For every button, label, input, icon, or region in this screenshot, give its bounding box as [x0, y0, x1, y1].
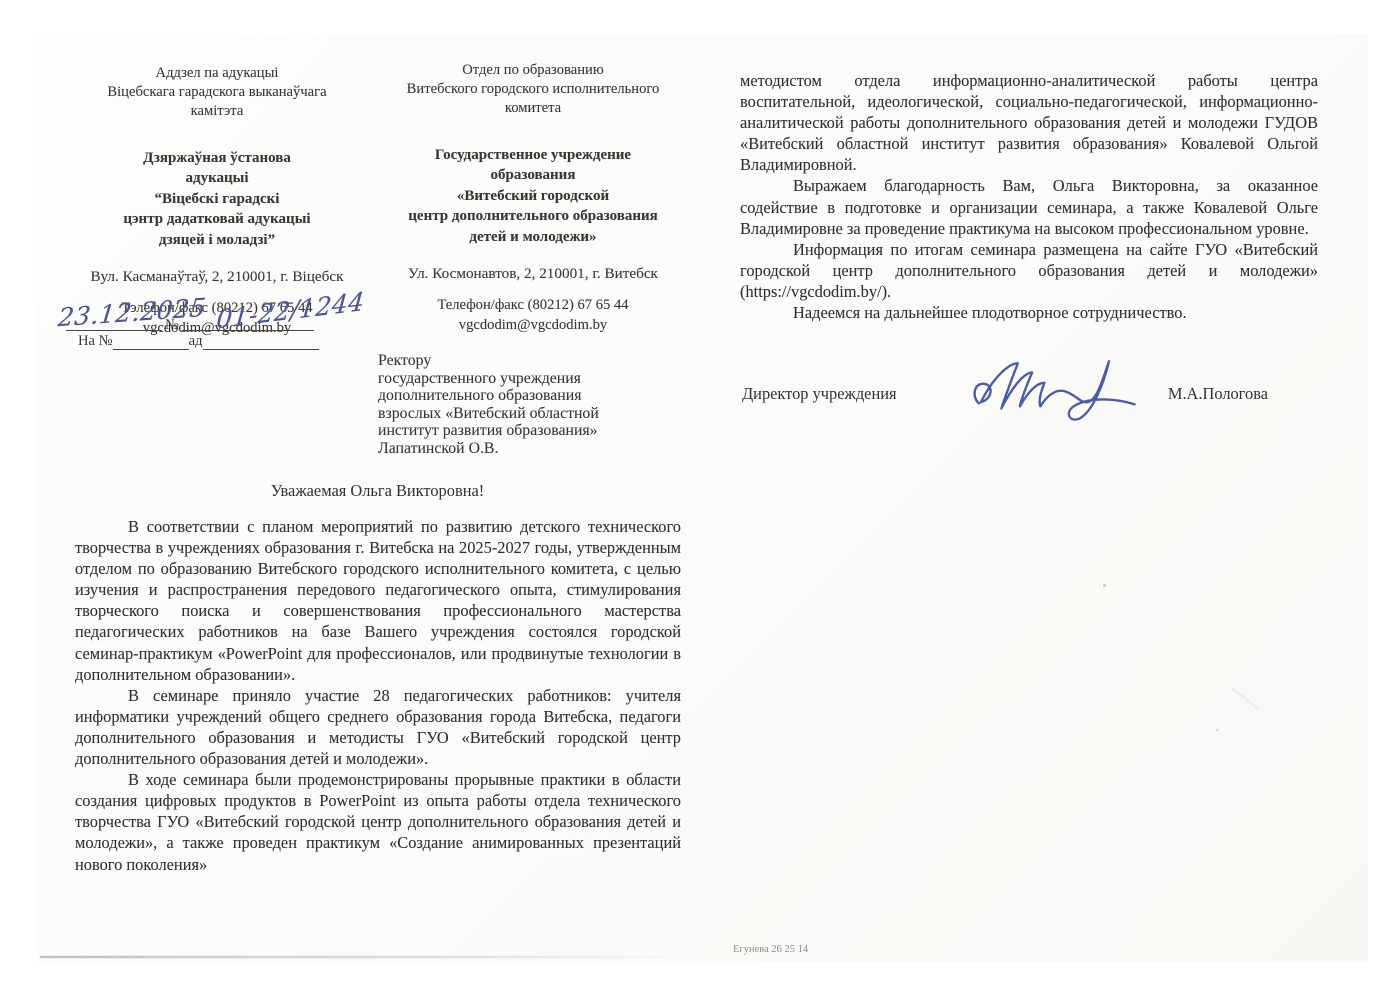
reply-reference-line: На № ад: [78, 333, 319, 350]
reply-from-label: ад: [189, 333, 203, 350]
scan-speck: [1216, 729, 1218, 731]
scan-speck: [1103, 584, 1106, 587]
letter-body-page1: В соответствии с планом мероприятий по р…: [75, 516, 681, 875]
scanned-letter: Аддзел па адукацыі Віцебскага гарадскога…: [0, 0, 1400, 990]
date-number-rule: №: [66, 314, 314, 331]
body-paragraph-3: В ходе семинара были продемонстрированы …: [75, 769, 681, 874]
org-address-ru: Ул. Космонавтов, 2, 210001, г. Витебск: [382, 264, 684, 283]
signatory-name: М.А.Пологова: [1168, 384, 1318, 404]
date-blank-line: [66, 314, 162, 331]
body-paragraph-4: Выражаем благодарность Вам, Ольга Виктор…: [740, 175, 1318, 238]
reference-block: 23.12.2025 01-22/1244 № На № ад: [58, 300, 394, 364]
page-edge-shadow: [40, 956, 695, 958]
org-email-ru: vgcdodim@vgcdodim.by: [382, 316, 684, 335]
salutation: Уважаемая Ольга Викторовна!: [75, 481, 680, 501]
reply-prefix: На №: [78, 333, 113, 350]
org-phone-ru: Телефон/факс (80212) 67 65 44: [382, 296, 684, 315]
number-sign: №: [162, 317, 182, 334]
reply-date-blank: [203, 333, 319, 350]
signature-autograph: [962, 350, 1172, 432]
executor-footer: Егунева 26 25 14: [733, 944, 808, 955]
body-paragraph-6: Надеемся на дальнейшее плодотворное сотр…: [740, 302, 1318, 323]
addressee-block: Ректору государственного учреждения допо…: [378, 352, 678, 458]
number-blank-line: [182, 314, 314, 331]
body-paragraph-5: Информация по итогам семинара размещена …: [740, 239, 1318, 302]
body-paragraph-3-continued: методистом отдела информационно-аналитич…: [740, 70, 1318, 175]
letter-body-page2: методистом отдела информационно-аналитич…: [740, 70, 1318, 323]
reply-number-blank: [113, 333, 189, 350]
body-paragraph-1: В соответствии с планом мероприятий по р…: [75, 516, 681, 685]
org-department-by: Аддзел па адукацыі Віцебскага гарадскога…: [70, 64, 364, 122]
org-address-by: Вул. Касманаўтаў, 2, 210001, г. Віцебск: [70, 267, 364, 286]
org-name-ru: Государственное учреждение образования «…: [382, 145, 684, 248]
letterhead-russian: Отдел по образованию Витебского городско…: [382, 61, 684, 335]
signatory-title: Директор учреждения: [742, 384, 897, 404]
org-department-ru: Отдел по образованию Витебского городско…: [382, 61, 684, 119]
body-paragraph-2: В семинаре приняло участие 28 педагогиче…: [75, 685, 681, 769]
org-name-by: Дзяржаўная ўстанова адукацыі “Віцебскі г…: [70, 148, 364, 251]
